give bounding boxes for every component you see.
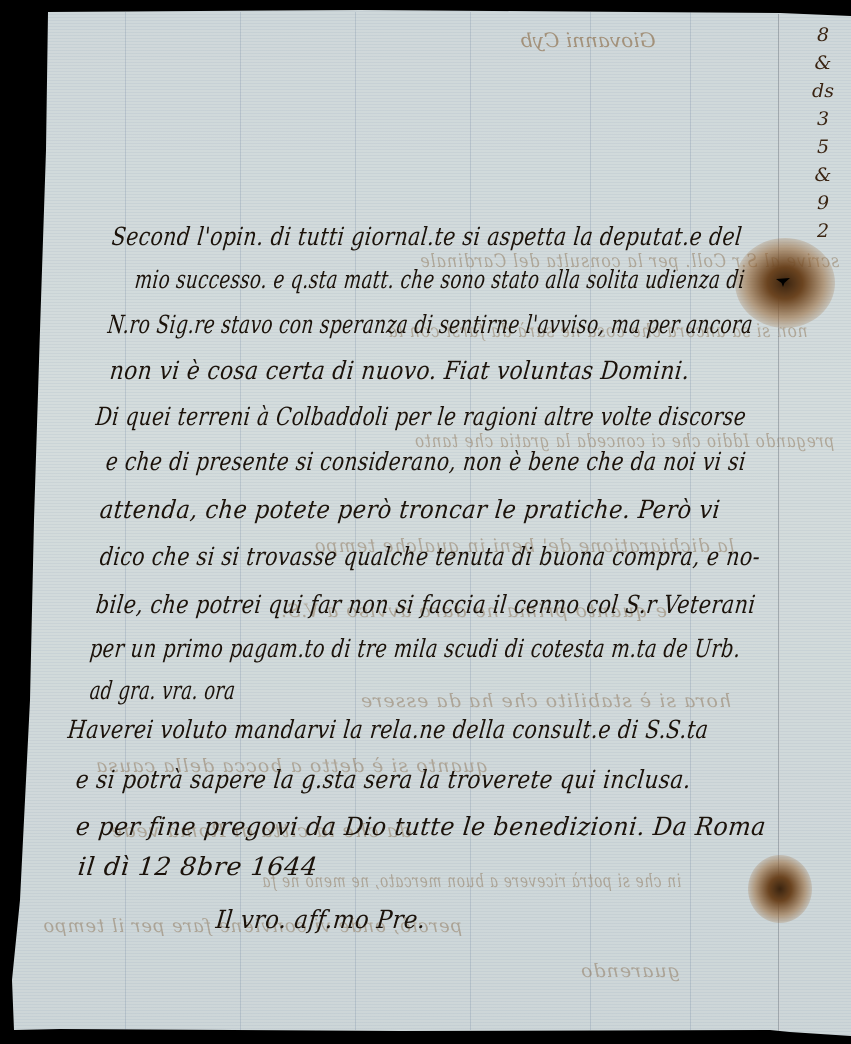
bleed-through-header: Giovanni Cyb [520, 28, 656, 52]
letter-line: bile, che potrei qui far non si faccia i… [94, 590, 757, 619]
letter-line: Second l'opin. di tutti giornal.te si as… [110, 222, 743, 251]
bleed-through-line: in che si potrà ricevere a buon mercato,… [262, 870, 682, 892]
letter-line: per un primo pagam.to di tre mila scudi … [88, 634, 742, 663]
bleed-through-line: guarendo [580, 960, 680, 982]
letter-signature: Il vro. aff.mo Pre. [214, 905, 427, 934]
letter-line: non vi è cosa certa di nuovo. Fiat volun… [108, 356, 691, 385]
bleed-through-line: hora si è stabilito che ha da essere [360, 690, 731, 712]
margin-glyph: 9 [817, 190, 829, 216]
letter-line: e per fine pregovi da Dio tutte le bened… [74, 812, 767, 841]
margin-glyph: 2 [817, 218, 829, 244]
letter-line: ad gra. vra. ora [88, 676, 236, 705]
margin-glyph: 5 [817, 134, 829, 160]
margin-glyph: 3 [817, 106, 829, 132]
document-viewport: Giovanni Cyb scrive al S.r Coll. per la … [0, 0, 851, 1044]
letter-date: il dì 12 8bre 1644 [76, 852, 319, 881]
letter-line: N.ro Sig.re stavo con speranza di sentir… [106, 310, 754, 339]
letter-line: e che di presente si considerano, non è … [104, 447, 747, 476]
letter-line: dico che si si trovasse qualche tenuta d… [98, 542, 761, 571]
letter-line: attenda, che potete però troncar le prat… [98, 495, 721, 524]
burn-stain [748, 855, 812, 923]
margin-annotation: 8 & ds 3 5 & 9 2 [808, 22, 838, 244]
letter-line: Di quei terreni à Colbaddoli per le ragi… [94, 402, 747, 431]
letter-line: mio successo. e q.sta matt. che sono sta… [133, 265, 746, 294]
margin-glyph: & [815, 50, 832, 76]
letter-line: e si potrà sapere la g.sta sera la trove… [74, 765, 692, 794]
letter-line: Haverei voluto mandarvi la rela.ne della… [66, 715, 710, 744]
margin-glyph: ds [812, 78, 834, 104]
letter-paper: Giovanni Cyb scrive al S.r Coll. per la … [0, 0, 851, 1044]
margin-glyph: & [815, 162, 832, 188]
margin-glyph: 8 [817, 22, 829, 48]
